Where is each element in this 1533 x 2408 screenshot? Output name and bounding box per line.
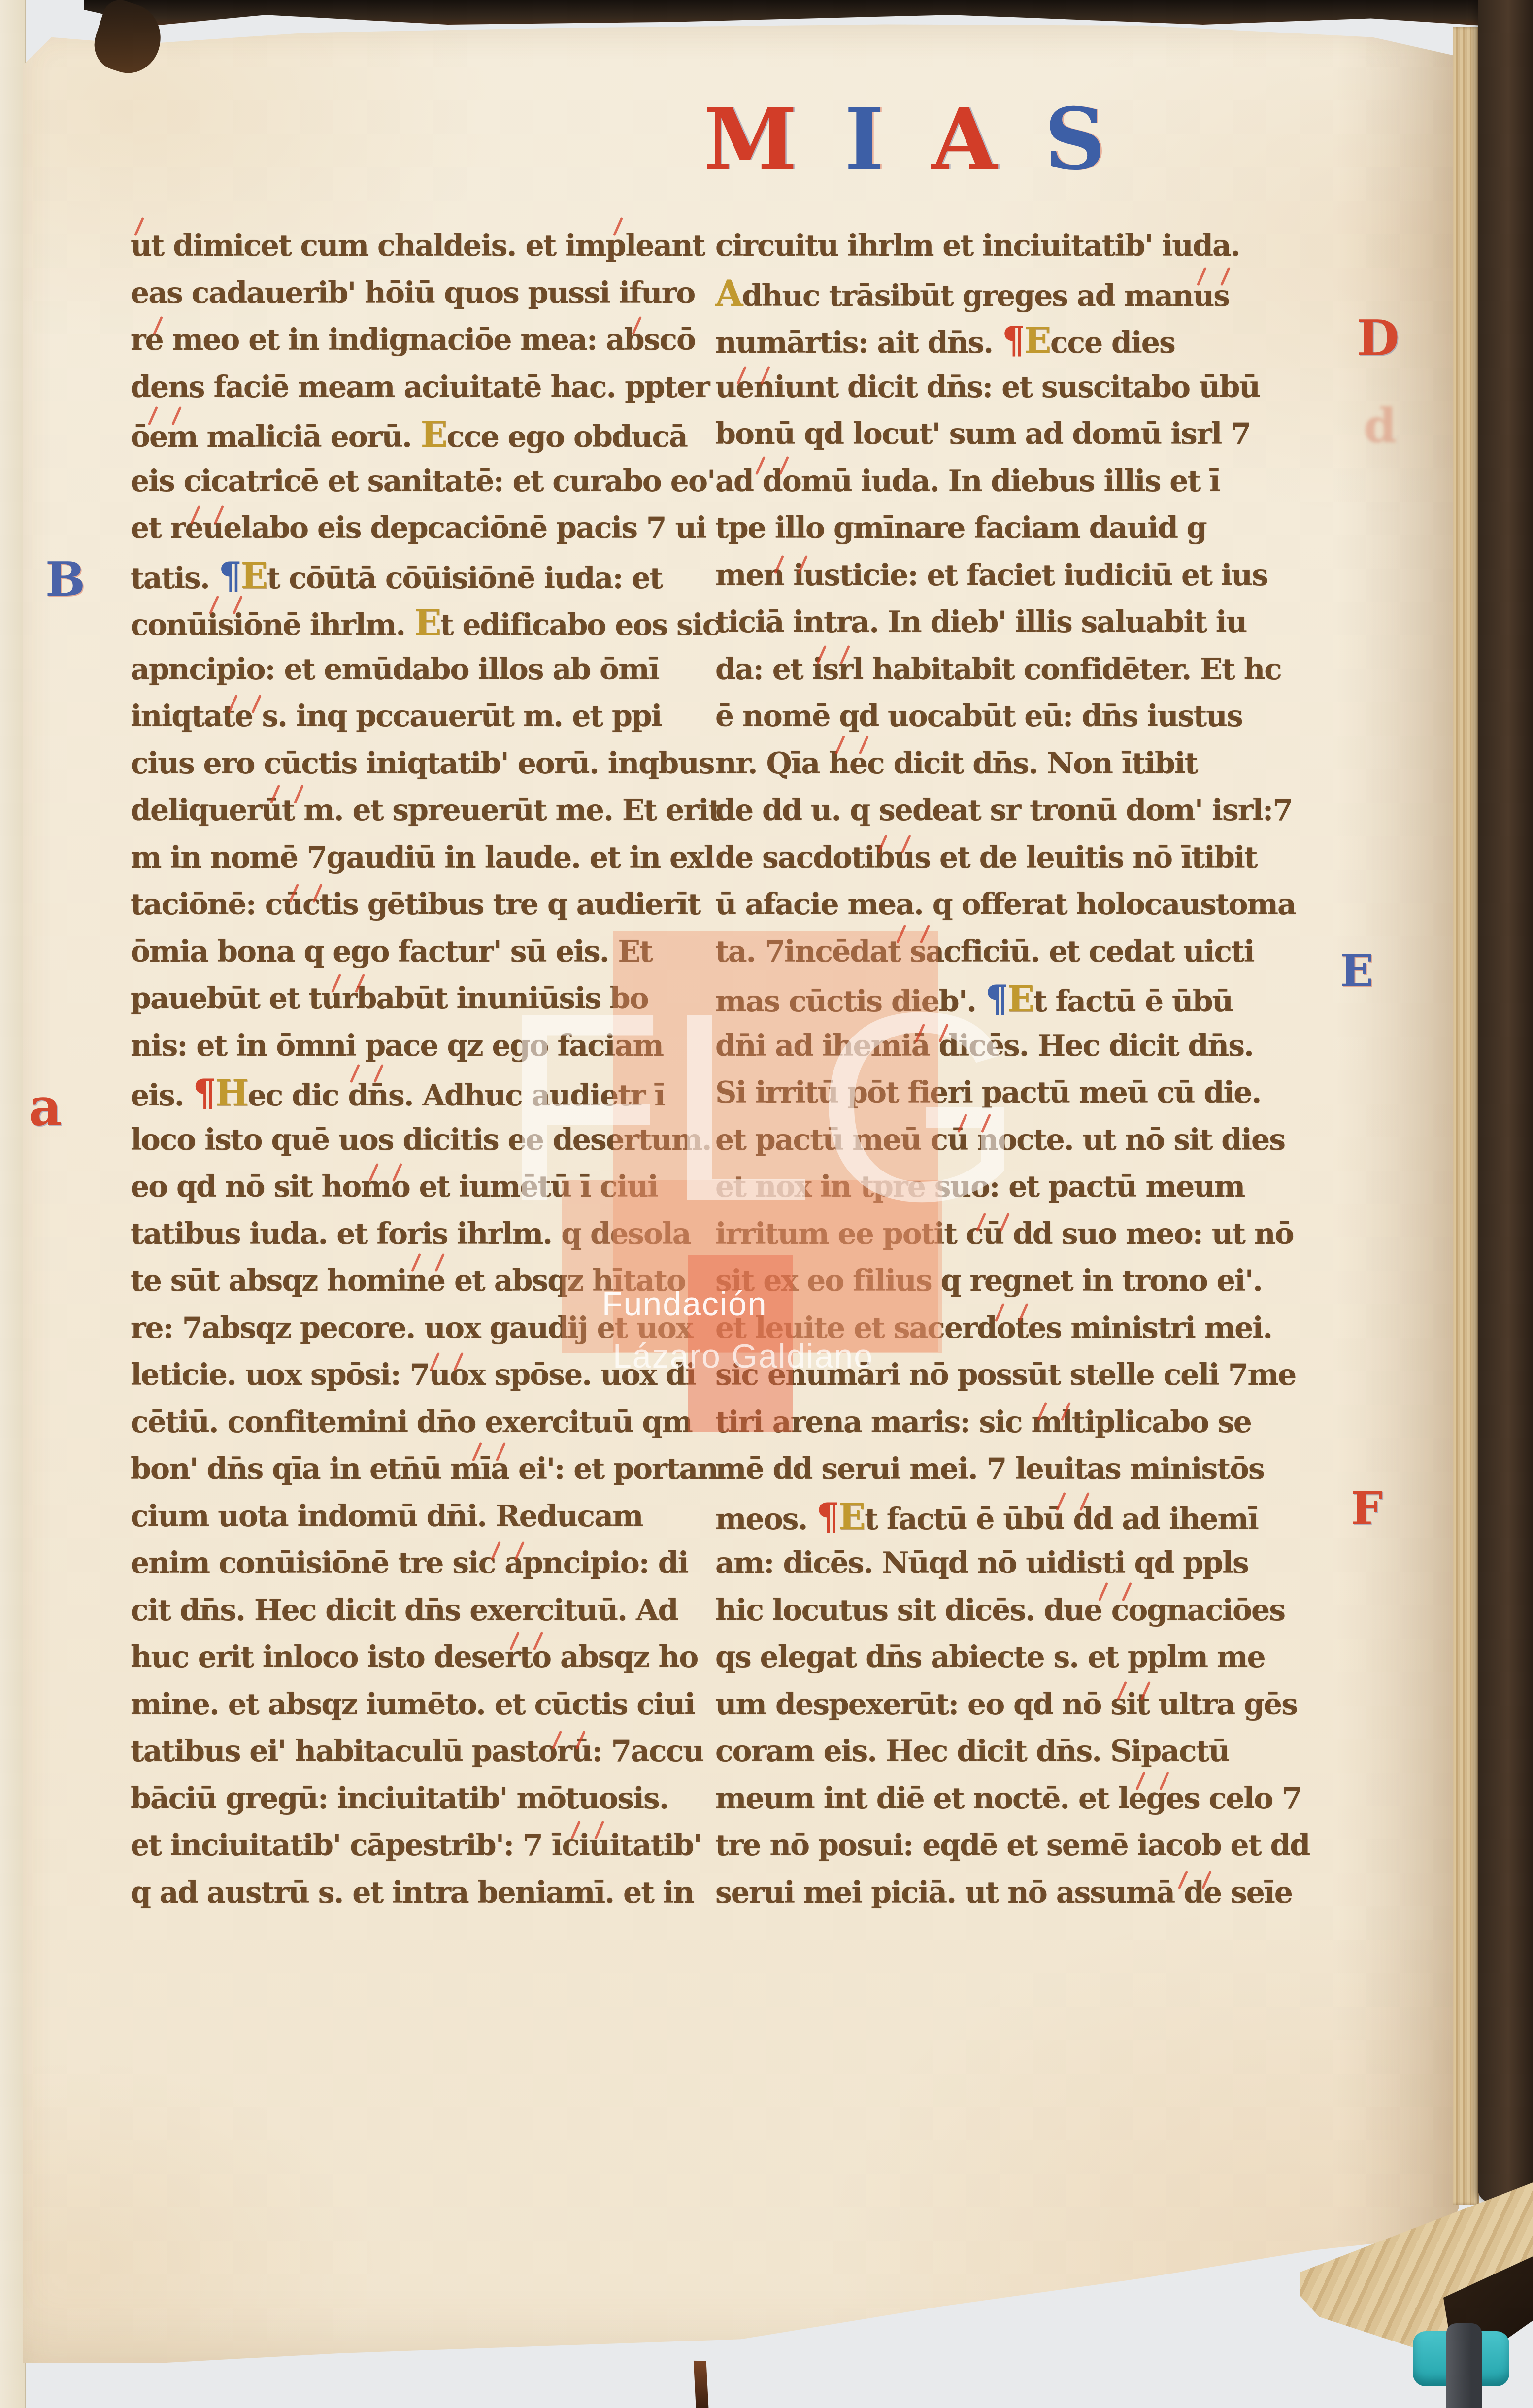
- text-line: iniqtate s. inq pccauerūt m. et ppi: [131, 693, 682, 740]
- margin-initial-b: B: [45, 556, 85, 603]
- text-line: mē dd serui mei. 7 leuitas ministōs: [715, 1446, 1267, 1493]
- margin-initial-a: a: [29, 1082, 62, 1133]
- text-line: de sacdotibus et de leuitis nō ītibit: [715, 835, 1267, 882]
- text-line: ticiā intra. In dieb' illis saluabit iu: [715, 599, 1267, 646]
- text-line: dens faciē meam aciuitatē hac. ppter: [131, 364, 682, 411]
- text-line: m in nomē 7gaudiū in laude. et in exl: [131, 835, 682, 882]
- text-line: mine. et absqz iumēto. et cūctis ciui: [131, 1681, 682, 1729]
- text-line: bāciū gregū: inciuitatib' mōtuosis.: [131, 1775, 682, 1823]
- text-line: cit dn̄s. Hec dicit dn̄s exercituū. Ad: [131, 1587, 682, 1635]
- text-line: ē nomē qd uocabūt eū: dn̄s iustus: [715, 693, 1267, 740]
- text-line: numārtis: ait dn̄s. ¶Ecce dies: [715, 317, 1267, 364]
- margin-initial-d: D: [1357, 313, 1400, 363]
- text-line: cius ero cūctis iniqtatib' eorū. inqbus: [131, 740, 682, 788]
- text-line: enim conūisiōnē tre sic apncipio: di: [131, 1540, 682, 1587]
- text-line: hic locutus sit dicēs. due cognaciōes: [715, 1587, 1267, 1635]
- text-line: et reuelabo eis depcaciōnē pacis 7 ui: [131, 505, 682, 552]
- text-line: um despexerūt: eo qd nō sit ultra gēs: [715, 1681, 1267, 1729]
- margin-initial-f: F: [1351, 1486, 1383, 1531]
- text-line: tre nō posui: eqdē et semē iacob et dd: [715, 1822, 1267, 1870]
- text-line: ueniunt dicit dn̄s: et suscitabo ūbū: [715, 364, 1267, 411]
- text-line: bonū qd locut' sum ad domū isrl 7: [715, 411, 1267, 458]
- text-line: qs elegat dn̄s abiecte s. et pplm me: [715, 1634, 1267, 1681]
- margin-initial-e: E: [1340, 949, 1374, 993]
- binding-top-edge: [84, 0, 1483, 26]
- watermark-initials: FLG: [500, 973, 1025, 1241]
- text-line: ōem maliciā eorū. Ecce ego obducā: [131, 411, 682, 458]
- leather-cover: [1478, 0, 1533, 2202]
- running-title: M I A S: [703, 83, 1114, 196]
- book-fore-edge-pages: [1453, 27, 1479, 2205]
- text-line: te sūt absqz homine et absqz hītato: [131, 1258, 682, 1305]
- text-line: men iusticie: et faciet iudiciū et ius: [715, 552, 1267, 600]
- text-line: tpe illo gmīnare faciam dauid g: [715, 505, 1267, 552]
- text-line: ad domū iuda. In diebus illis et ī: [715, 458, 1267, 505]
- running-title-letter: S: [1044, 83, 1114, 196]
- text-line: bon' dn̄s qīa in etn̄ū mīa ei': et porta…: [131, 1446, 682, 1493]
- book-cradle-bar: [1446, 2323, 1482, 2408]
- text-line: ū afacie mea. q offerat holocaustoma: [715, 881, 1267, 929]
- text-line: da: et isrl habitabit confidēter. Et hc: [715, 646, 1267, 694]
- text-line: coram eis. Hec dicit dn̄s. Sipactū: [715, 1728, 1267, 1775]
- text-line: huc erit inloco isto deserto absqz ho: [131, 1634, 682, 1681]
- text-line: circuitu ihrlm et inciuitatib' iuda.: [715, 223, 1267, 270]
- text-line: meos. ¶Et factū ē ūbū dd ad ihemī: [715, 1493, 1267, 1540]
- text-line: meum int diē et noctē. et leges celo 7: [715, 1775, 1267, 1823]
- text-line: cētiū. confitemini dn̄o exercituū qm: [131, 1399, 682, 1446]
- text-line: nr. Qīa hec dicit dn̄s. Non ītibit: [715, 740, 1267, 788]
- text-line: cium uota indomū dn̄i. Reducam: [131, 1493, 682, 1540]
- text-line: tatibus ei' habitaculū pastorū: 7accu: [131, 1728, 682, 1775]
- text-line: q ad austrū s. et intra beniamī. et in: [131, 1870, 682, 1917]
- text-line: eas cadauerib' hōiū quos pussi ifuro: [131, 270, 682, 317]
- text-line: tiri arena maris: sic mltiplicabo se: [715, 1399, 1267, 1446]
- gutter-shadow: [1336, 14, 1464, 2363]
- watermark-text-line1: Fundación: [602, 1285, 767, 1323]
- text-line: de dd u. q sedeat sr tronū dom' isrl:7: [715, 787, 1267, 835]
- text-line: am: dicēs. Nūqd nō uidisti qd ppls: [715, 1540, 1267, 1587]
- text-line: deliquerūt m. et spreuerūt me. Et erit: [131, 787, 682, 835]
- text-line: sit ex eo filius q regnet in trono ei'.: [715, 1258, 1267, 1305]
- text-line: eis cicatricē et sanitatē: et curabo eo': [131, 458, 682, 505]
- running-title-letter: I: [844, 83, 893, 196]
- text-line: taciōnē: cūctis gētibus tre q audierīt: [131, 881, 682, 929]
- running-title-letter: M: [703, 83, 806, 196]
- text-line: Adhuc trāsibūt greges ad manus: [715, 270, 1267, 317]
- bookmark-tassel: [687, 2360, 711, 2408]
- text-line: tatis. ¶Et cōūtā cōūisiōnē iuda: et: [131, 552, 682, 600]
- text-line: apncipio: et emūdabo illos ab ōmī: [131, 646, 682, 694]
- facing-leaf-edge: [0, 0, 26, 2408]
- text-line: re: 7absqz pecore. uox gaudij et uox: [131, 1305, 682, 1352]
- manuscript-photo: M I A S ut dimicet cum chaldeis. et impl…: [0, 0, 1533, 2408]
- running-title-letter: A: [932, 83, 1006, 196]
- text-line: leticie. uox spōsi: 7uox spōse. uox di: [131, 1352, 682, 1399]
- text-line: ut dimicet cum chaldeis. et impleant: [131, 223, 682, 270]
- watermark-text-line2: Lázaro Galdiano: [613, 1337, 873, 1375]
- show-through-letter: d: [1364, 398, 1397, 454]
- text-line: re meo et in indignaciōe mea: abscō: [131, 317, 682, 364]
